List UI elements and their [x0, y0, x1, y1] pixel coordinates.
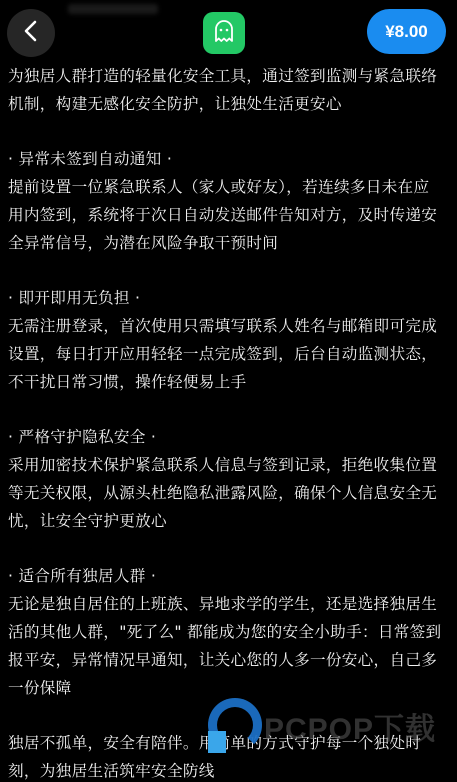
section-title: · 严格守护隐私安全 · [8, 424, 444, 452]
back-button[interactable] [7, 9, 55, 57]
section-title: · 适合所有独居人群 · [8, 563, 444, 591]
status-bar-blurred-text [68, 4, 158, 14]
price-label: ¥8.00 [385, 22, 428, 42]
section-body: 提前设置一位紧急联系人（家人或好友），若连续多日未在应用内签到，系统将于次日自动… [8, 174, 444, 257]
section-body: 采用加密技术保护紧急联系人信息与签到记录，拒绝收集位置等无关权限，从源头杜绝隐私… [8, 452, 444, 535]
closing-text: 独居不孤单，安全有陪伴。用简单的方式守护每一个独处时刻，为独居生活筑牢安全防线 [8, 730, 444, 782]
chevron-left-icon [21, 19, 41, 47]
ghost-icon [210, 17, 238, 49]
section-title: · 异常未签到自动通知 · [8, 146, 444, 174]
price-button[interactable]: ¥8.00 [367, 9, 446, 54]
top-bar: ¥8.00 [0, 0, 457, 66]
app-icon [203, 12, 245, 54]
section-title: · 即开即用无负担 · [8, 285, 444, 313]
section-body: 无需注册登录，首次使用只需填写联系人姓名与邮箱即可完成设置，每日打开应用轻轻一点… [8, 313, 444, 396]
section-body: 无论是独自居住的上班族、异地求学的学生，还是选择独居生活的其他人群，"死了么" … [8, 591, 444, 702]
intro-text: 为独居人群打造的轻量化安全工具，通过签到监测与紧急联络机制，构建无感化安全防护，… [8, 63, 444, 119]
app-description: 为独居人群打造的轻量化安全工具，通过签到监测与紧急联络机制，构建无感化安全防护，… [8, 63, 444, 782]
